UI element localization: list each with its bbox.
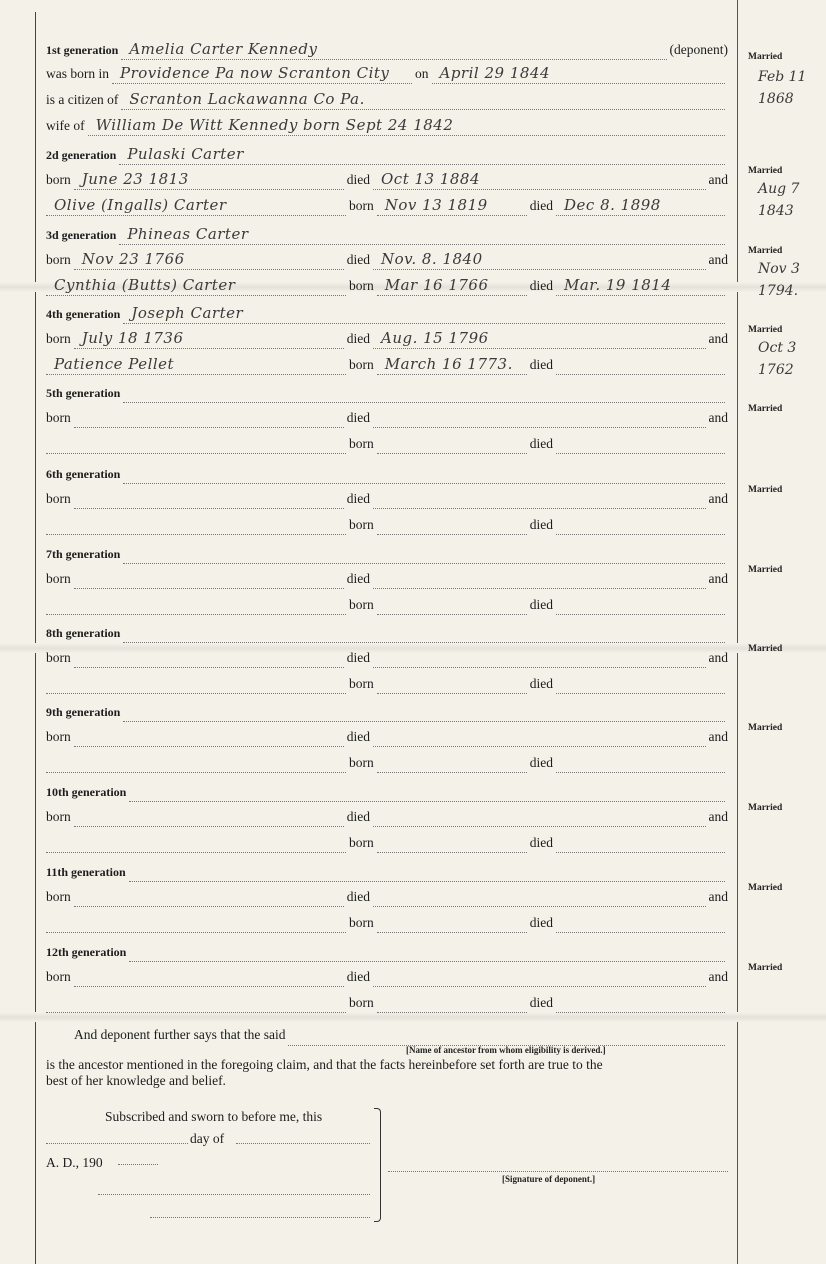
ancestor-born: June 23 1813 (82, 170, 189, 188)
spouse-name-field[interactable]: Cynthia (Butts) Carter (46, 277, 346, 296)
born-label: born (46, 809, 71, 827)
ancestor-died-field[interactable] (373, 570, 706, 589)
spouse-died-field[interactable]: Dec 8. 1898 (556, 197, 725, 216)
born-label: born (46, 410, 71, 428)
generation-name-row: 6th generation (46, 464, 728, 484)
generation-name-row: 7th generation (46, 544, 728, 564)
gen1-name-row: 1st generation Amelia Carter Kennedy (de… (46, 40, 728, 60)
spouse-died-field[interactable] (556, 356, 725, 375)
spouse-name-field[interactable] (46, 675, 346, 694)
ancestor-born-field[interactable] (74, 808, 344, 827)
ancestor-born-field[interactable] (74, 649, 344, 668)
ancestor-name-field[interactable] (129, 783, 725, 802)
generation-name-row: 10th generation (46, 782, 728, 802)
ancestor-died-field[interactable] (373, 409, 706, 428)
ancestor-died-field[interactable] (373, 728, 706, 747)
ancestor-died: Nov. 8. 1840 (381, 250, 483, 268)
gen1-citizen-row: is a citizen of Scranton Lackawanna Co P… (46, 90, 728, 110)
day-of-label: day of (190, 1128, 250, 1150)
gen1-name: Amelia Carter Kennedy (129, 40, 317, 58)
ancestor-dates-row: born died and (46, 408, 728, 428)
spouse-name-field[interactable]: Olive (Ingalls) Carter (46, 197, 346, 216)
generation-name-row: 3d generation Phineas Carter (46, 225, 728, 245)
generation-label: 9th generation (46, 705, 120, 722)
spouse-died-field[interactable]: Mar. 19 1814 (556, 277, 725, 296)
lineage-form-page: 1st generation Amelia Carter Kennedy (de… (0, 0, 826, 1264)
signature-note: [Signature of deponent.] (502, 1174, 595, 1184)
spouse-born-field[interactable] (377, 754, 527, 773)
married-date-field[interactable]: Aug 71843 (758, 178, 799, 222)
born-label: born (46, 571, 71, 589)
born-label: born (349, 755, 374, 773)
spouse-name-field[interactable] (46, 914, 346, 933)
married-date: Oct 3 (758, 337, 796, 359)
died-label: died (347, 172, 370, 190)
deponent-label: (deponent) (670, 42, 728, 60)
spouse-born-field[interactable] (377, 914, 527, 933)
died-label: died (347, 889, 370, 907)
born-label: born (349, 835, 374, 853)
ancestor-died-field[interactable]: Aug. 15 1796 (373, 330, 706, 349)
ancestor-died-field[interactable] (373, 490, 706, 509)
married-label: Married (748, 723, 782, 733)
married-label: Married (748, 883, 782, 893)
spouse-name-field[interactable] (46, 435, 346, 454)
married-label: Married (748, 246, 782, 256)
spouse-name-field[interactable] (46, 516, 346, 535)
gen1-married-year: 1868 (758, 88, 806, 110)
paper-fold (0, 1012, 826, 1022)
deponent-signature-field[interactable] (388, 1170, 728, 1172)
born-label: born (349, 198, 374, 216)
ancestor-dates-row: born July 18 1736 died Aug. 15 1796 and (46, 329, 728, 349)
officer-title-field[interactable] (150, 1216, 370, 1218)
spouse-died-field[interactable] (556, 435, 725, 454)
ancestor-born-field[interactable]: June 23 1813 (74, 171, 344, 190)
died-label: died (347, 571, 370, 589)
died-label: died (530, 995, 553, 1013)
spouse-name-field[interactable] (46, 994, 346, 1013)
married-label: Married (748, 644, 782, 654)
ancestor-name-field[interactable] (129, 943, 725, 962)
died-label: died (530, 436, 553, 454)
spouse-died-field[interactable] (556, 834, 725, 853)
spouse-dates-row: Patience Pellet born March 16 1773. died (46, 355, 728, 375)
generation-label: 8th generation (46, 626, 120, 643)
ancestor-born-field[interactable] (74, 968, 344, 987)
married-date-field[interactable]: Nov 31794. (758, 258, 800, 302)
died-label: died (530, 357, 553, 375)
ancestor-dates-row: born died and (46, 887, 728, 907)
spouse-name: Olive (Ingalls) Carter (54, 196, 227, 214)
ancestor-name-field[interactable]: Joseph Carter (123, 305, 725, 324)
spouse-dates-row: Olive (Ingalls) Carter born Nov 13 1819 … (46, 196, 728, 216)
spouse-born: March 16 1773. (385, 355, 513, 373)
born-label: born (349, 357, 374, 375)
spouse-dates-row: born died (46, 674, 728, 694)
generation-label: 10th generation (46, 785, 126, 802)
ancestor-born-field[interactable] (74, 728, 344, 747)
ancestor-name-field[interactable] (123, 545, 725, 564)
ancestor-died-field[interactable] (373, 808, 706, 827)
married-label: Married (748, 803, 782, 813)
declaration-line3: best of her knowledge and belief. (46, 1070, 728, 1092)
officer-signature-field[interactable] (98, 1193, 370, 1195)
born-label: born (349, 676, 374, 694)
ancestor-dates-row: born died and (46, 569, 728, 589)
ancestor-born-field[interactable] (74, 490, 344, 509)
died-label: died (530, 755, 553, 773)
married-label: Married (748, 485, 782, 495)
born-label: born (46, 252, 71, 270)
ancestor-name-field[interactable]: Pulaski Carter (119, 146, 725, 165)
spouse-name-field[interactable]: Patience Pellet (46, 356, 346, 375)
generation-name-row: 12th generation (46, 942, 728, 962)
born-label: born (46, 491, 71, 509)
married-label: Married (748, 166, 782, 176)
born-label: born (349, 436, 374, 454)
generation-name-row: 11th generation (46, 862, 728, 882)
born-label: born (46, 729, 71, 747)
ancestor-died-field[interactable] (373, 888, 706, 907)
died-label: died (347, 331, 370, 349)
and-label: and (709, 491, 729, 509)
spouse-born-field[interactable]: Nov 13 1819 (377, 197, 527, 216)
ancestor-born: Nov 23 1766 (82, 250, 185, 268)
ancestor-name: Pulaski Carter (127, 145, 244, 163)
spouse-born: Mar 16 1766 (385, 276, 489, 294)
and-label: and (709, 969, 729, 987)
died-label: died (530, 278, 553, 296)
spouse-died-field[interactable] (556, 754, 725, 773)
jurat-year-field[interactable] (118, 1163, 158, 1165)
and-label: and (709, 729, 729, 747)
spouse-name-field[interactable] (46, 754, 346, 773)
born-label: born (46, 331, 71, 349)
declaration: And deponent further says that the said (46, 1024, 728, 1046)
ancestor-born-field[interactable] (74, 570, 344, 589)
born-label: born (46, 172, 71, 190)
declaration-line1: And deponent further says that the said (74, 1024, 285, 1046)
spouse-born-field[interactable] (377, 675, 527, 694)
spouse-born-field[interactable] (377, 516, 527, 535)
gen1-birth-row: was born in Providence Pa now Scranton C… (46, 64, 728, 84)
born-label: born (349, 597, 374, 615)
ancestor-name-field[interactable]: Phineas Carter (119, 226, 725, 245)
ancestor-died-field[interactable] (373, 968, 706, 987)
died-label: died (530, 517, 553, 535)
gen1-married-date: Feb 11 (758, 66, 806, 88)
on-label: on (415, 66, 429, 84)
citizen-label: is a citizen of (46, 92, 118, 110)
married-column-rule (737, 0, 738, 1264)
ancestor-died-field[interactable]: Oct 13 1884 (373, 171, 706, 190)
born-label: born (349, 995, 374, 1013)
married-label: Married (748, 404, 782, 414)
married-label: Married (748, 325, 782, 335)
spouse-dates-row: born died (46, 595, 728, 615)
and-label: and (709, 172, 729, 190)
married-label: Married (748, 52, 782, 62)
ancestor-name-field[interactable] (123, 465, 725, 484)
spouse-died-field[interactable] (556, 596, 725, 615)
ancestor-died: Oct 13 1884 (381, 170, 480, 188)
married-label: Married (748, 565, 782, 575)
jurat-brace (374, 1108, 381, 1222)
died-label: died (347, 809, 370, 827)
ancestor-name-field[interactable] (129, 863, 725, 882)
and-label: and (709, 650, 729, 668)
ancestor-born: July 18 1736 (82, 329, 184, 347)
born-label: born (46, 650, 71, 668)
and-label: and (709, 252, 729, 270)
married-date-field[interactable]: Oct 31762 (758, 337, 796, 381)
spouse-died-field[interactable] (556, 994, 725, 1013)
spouse-dates-row: Cynthia (Butts) Carter born Mar 16 1766 … (46, 276, 728, 296)
gen1-wife-row: wife of William De Witt Kennedy born Sep… (46, 116, 728, 136)
ancestor-dates-row: born died and (46, 727, 728, 747)
ancestor-name-field[interactable] (123, 384, 725, 403)
ancestor-born-field[interactable]: July 18 1736 (74, 330, 344, 349)
ancestor-name: Joseph Carter (131, 304, 243, 322)
generation-name-row: 2d generation Pulaski Carter (46, 145, 728, 165)
spouse-dates-row: born died (46, 833, 728, 853)
born-in-label: was born in (46, 66, 109, 84)
born-label: born (349, 278, 374, 296)
generation-label: 12th generation (46, 945, 126, 962)
spouse-dates-row: born died (46, 913, 728, 933)
wife-of-label: wife of (46, 118, 85, 136)
ancestor-dates-row: born Nov 23 1766 died Nov. 8. 1840 and (46, 250, 728, 270)
died-label: died (347, 491, 370, 509)
married-date: Aug 7 (758, 178, 799, 200)
gen1-married: Feb 111868 (758, 66, 806, 110)
born-label: born (349, 915, 374, 933)
spouse-born-field[interactable] (377, 834, 527, 853)
died-label: died (530, 915, 553, 933)
ancestor-name-field[interactable] (123, 703, 725, 722)
married-year: 1794. (758, 280, 800, 302)
spouse-field[interactable]: William De Witt Kennedy born Sept 24 184… (88, 117, 725, 136)
spouse-name: Cynthia (Butts) Carter (54, 276, 235, 294)
ancestor-dates-row: born died and (46, 807, 728, 827)
spouse-died: Mar. 19 1814 (564, 276, 671, 294)
spouse-died-field[interactable] (556, 516, 725, 535)
citizen-field[interactable]: Scranton Lackawanna Co Pa. (121, 91, 725, 110)
and-label: and (709, 809, 729, 827)
spouse-born: Nov 13 1819 (385, 196, 488, 214)
generation-label: 7th generation (46, 547, 120, 564)
jurat-day-field[interactable] (46, 1142, 188, 1144)
died-label: died (347, 969, 370, 987)
jurat-month-field[interactable] (236, 1142, 370, 1144)
ancestor-died-field[interactable] (373, 649, 706, 668)
generation-label: 5th generation (46, 386, 120, 403)
born-on-value: April 29 1844 (440, 64, 551, 82)
spouse-value: William De Witt Kennedy born Sept 24 184… (96, 116, 454, 134)
died-label: died (530, 676, 553, 694)
born-label: born (46, 889, 71, 907)
spouse-died-field[interactable] (556, 675, 725, 694)
ancestor-born-field[interactable]: Nov 23 1766 (74, 251, 344, 270)
born-label: born (46, 969, 71, 987)
born-label: born (349, 517, 374, 535)
died-label: died (530, 835, 553, 853)
jurat-line1: Subscribed and sworn to before me, this (105, 1106, 375, 1128)
ancestor-dates-row: born died and (46, 967, 728, 987)
spouse-name-field[interactable] (46, 596, 346, 615)
ancestor-born-field[interactable] (74, 409, 344, 428)
spouse-born-field[interactable] (377, 435, 527, 454)
spouse-name: Patience Pellet (54, 355, 174, 373)
died-label: died (530, 597, 553, 615)
spouse-dates-row: born died (46, 993, 728, 1013)
ancestor-born-field[interactable] (74, 888, 344, 907)
born-on-field[interactable]: April 29 1844 (432, 65, 726, 84)
spouse-name-field[interactable] (46, 834, 346, 853)
spouse-died: Dec 8. 1898 (564, 196, 661, 214)
ancestor-dates-row: born died and (46, 648, 728, 668)
spouse-born-field[interactable]: March 16 1773. (377, 356, 527, 375)
died-label: died (530, 198, 553, 216)
spouse-dates-row: born died (46, 753, 728, 773)
spouse-born-field[interactable] (377, 994, 527, 1013)
ancestor-name-field[interactable] (288, 1027, 725, 1046)
left-margin-rule (35, 12, 36, 1264)
ancestor-died: Aug. 15 1796 (381, 329, 489, 347)
and-label: and (709, 410, 729, 428)
citizen-value: Scranton Lackawanna Co Pa. (129, 90, 365, 108)
died-label: died (347, 650, 370, 668)
married-label: Married (748, 963, 782, 973)
born-in-field[interactable]: Providence Pa now Scranton City (112, 65, 412, 84)
generation-label: 11th generation (46, 865, 126, 882)
and-label: and (709, 331, 729, 349)
generation-name-row: 8th generation (46, 623, 728, 643)
ancestor-died-field[interactable]: Nov. 8. 1840 (373, 251, 706, 270)
spouse-born-field[interactable] (377, 596, 527, 615)
ancestor-name-field[interactable] (123, 624, 725, 643)
married-date: Nov 3 (758, 258, 800, 280)
ancestor-dates-row: born died and (46, 489, 728, 509)
generation-label: 2d generation (46, 148, 116, 165)
ancestor-dates-row: born June 23 1813 died Oct 13 1884 and (46, 170, 728, 190)
married-year: 1843 (758, 200, 799, 222)
generation-name-row: 5th generation (46, 383, 728, 403)
born-in-value: Providence Pa now Scranton City (120, 64, 389, 82)
generation-label: 6th generation (46, 467, 120, 484)
died-label: died (347, 729, 370, 747)
and-label: and (709, 889, 729, 907)
generation-label: 4th generation (46, 307, 120, 324)
spouse-died-field[interactable] (556, 914, 725, 933)
married-year: 1762 (758, 359, 796, 381)
spouse-dates-row: born died (46, 515, 728, 535)
ancestor-name: Phineas Carter (127, 225, 248, 243)
generation-label: 3d generation (46, 228, 116, 245)
spouse-born-field[interactable]: Mar 16 1766 (377, 277, 527, 296)
died-label: died (347, 410, 370, 428)
spouse-dates-row: born died (46, 434, 728, 454)
died-label: died (347, 252, 370, 270)
generation-name-row: 9th generation (46, 702, 728, 722)
gen1-name-field[interactable]: Amelia Carter Kennedy (121, 41, 666, 60)
gen1-label: 1st generation (46, 43, 118, 60)
generation-name-row: 4th generation Joseph Carter (46, 304, 728, 324)
and-label: and (709, 571, 729, 589)
